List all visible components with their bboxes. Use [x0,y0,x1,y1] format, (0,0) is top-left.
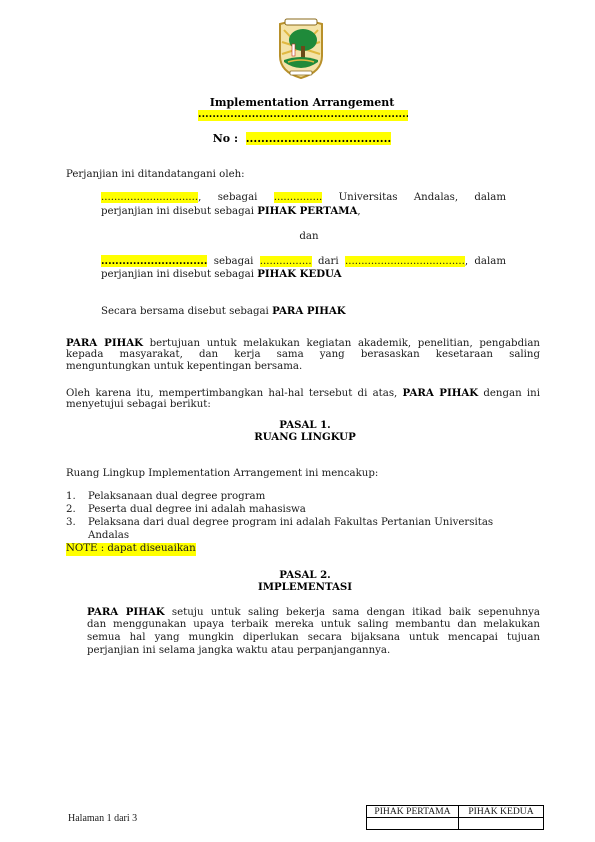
number-label: No : [213,132,238,145]
purpose-line-2: kepada masyarakat, dan kerja sama yang b… [66,349,540,362]
whereas-lead: PARA PIHAK [403,387,479,399]
article-1-intro: Ruang Lingkup Implementation Arrangement… [66,468,378,481]
signature-header-second-party: PIHAK KEDUA [459,806,544,818]
first-party-name-placeholder[interactable]: .............................. [101,192,198,203]
comma: , [357,206,360,217]
document-title: Implementation Arrangement [0,97,595,110]
and-label: dan [0,231,595,244]
together-line: Secara bersama disebut sebagai PARA PIHA… [101,305,346,319]
list-number: 3. [66,517,88,530]
number-placeholder[interactable]: ...................................... [246,132,392,145]
purpose-text: bertujuan untuk melakukan kegiatan akade… [150,338,540,349]
signature-cell-second-party[interactable] [459,818,544,830]
designation-prefix: perjanjian ini disebut sebagai [101,269,254,280]
coat-of-arms-logo [276,16,326,80]
first-party-designation: PIHAK PERTAMA [257,205,357,217]
as-label: sebagai [214,256,254,267]
signature-header-first-party: PIHAK PERTAMA [367,806,459,818]
purpose-line-3: menguntungkan untuk kepentingan bersama. [66,361,302,374]
from-label: dari [318,256,339,267]
first-party-designation-line: perjanjian ini disebut sebagai PIHAK PER… [101,205,361,219]
as-label: sebagai [218,192,258,203]
whereas-line-2: menyetujui sebagai berikut: [66,399,211,412]
article-2-line-3: semua hal yang mungkin diperlukan secara… [87,632,540,645]
title-placeholder[interactable]: ........................................… [198,110,408,121]
article-2-line-2: dan menggunakan upaya terbaik mereka unt… [87,619,540,632]
second-party-designation-line: perjanjian ini disebut sebagai PIHAK KED… [101,268,342,282]
list-number: 2. [66,504,88,517]
first-party-institution: Universitas Andalas, dalam [339,192,506,203]
article-2-lead: PARA PIHAK [87,606,165,618]
note-highlight: NOTE : dapat diseuaikan [66,543,196,556]
together-prefix: Secara bersama disebut sebagai [101,306,269,317]
article-1-number: PASAL 1. [0,419,595,432]
article-2-text: setuju untuk saling bekerja sama dengan … [172,607,540,618]
article-2-number: PASAL 2. [0,569,595,582]
whereas-suffix: dengan ini [483,388,540,399]
signature-table: PIHAK PERTAMA PIHAK KEDUA [366,805,544,830]
purpose-lead: PARA PIHAK [66,337,143,349]
second-party-designation: PIHAK KEDUA [257,268,341,280]
list-text: Pelaksanaan dual degree program [88,491,265,502]
list-text: Peserta dual degree ini adalah mahasiswa [88,504,306,515]
article-2-line-1: PARA PIHAK setuju untuk saling bekerja s… [87,606,540,620]
together-designation: PARA PIHAK [272,305,346,317]
whereas-prefix: Oleh karena itu, mempertimbangkan hal-ha… [66,388,397,399]
intro-text: Perjanjian ini ditandatangani oleh: [66,169,245,182]
article-2-line-4: perjanjian ini selama jangka waktu atau … [87,645,390,658]
list-number: 1. [66,491,88,504]
first-party-role-placeholder[interactable]: ............... [274,192,323,203]
second-party-role-placeholder[interactable]: ................ [260,256,312,267]
designation-prefix: perjanjian ini disebut sebagai [101,206,254,217]
after-institution: , dalam [465,256,506,267]
list-item-continuation: Andalas [88,530,129,543]
second-party-name-placeholder[interactable]: .............................. [101,255,207,267]
first-party-line: .............................., sebagai … [101,192,506,205]
page-number: Halaman 1 dari 3 [68,813,137,824]
comma: , [198,192,201,203]
article-1-heading: RUANG LINGKUP [0,431,595,444]
list-item: 1.Pelaksanaan dual degree program [66,491,265,504]
signature-cell-first-party[interactable] [367,818,459,830]
list-text: Pelaksana dari dual degree program ini a… [88,517,493,528]
list-item: 3.Pelaksana dari dual degree program ini… [66,517,493,530]
second-party-institution-placeholder[interactable]: ..................................... [345,256,465,267]
document-number-line: No : ...................................… [0,133,595,146]
list-item: 2.Peserta dual degree ini adalah mahasis… [66,504,306,517]
article-2-heading: IMPLEMENTASI [0,581,595,594]
second-party-line: .............................. sebagai .… [101,255,506,269]
